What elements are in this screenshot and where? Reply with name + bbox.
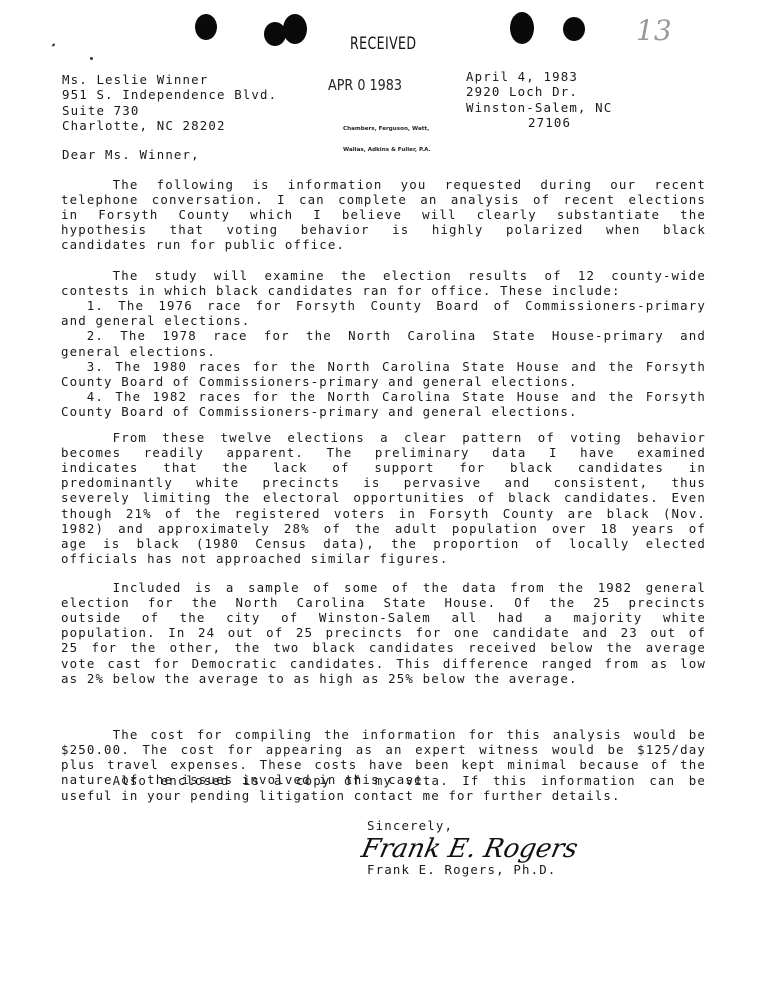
body-line: County Board of Commissioners-primary an… xyxy=(61,374,706,389)
sender-zip: 27106 xyxy=(466,115,612,130)
body-line: as 2% below the average to as high as 25… xyxy=(61,671,706,686)
body-line: candidates run for public office. xyxy=(61,237,706,252)
punch-hole xyxy=(563,17,585,41)
body-line: predominantly white precincts is pervasi… xyxy=(61,475,706,490)
handwritten-signature: Frank E. Rogers xyxy=(359,834,581,864)
received-stamp-firm-line: Wallas, Adkins & Fuller, P.A. xyxy=(343,147,431,154)
body-line: 3. The 1980 races for the North Carolina… xyxy=(61,359,706,374)
body-line: though 21% of the registered voters in F… xyxy=(61,506,706,521)
body-line: Included is a sample of some of the data… xyxy=(61,580,706,595)
body-line: County Board of Commissioners-primary an… xyxy=(61,404,706,419)
body-line: in Forsyth County which I believe will c… xyxy=(61,207,706,222)
body-line: Also enclosed is a copy of my vita. If t… xyxy=(61,773,706,788)
punch-hole xyxy=(283,14,307,44)
body-line: outside of the city of Winston-Salem all… xyxy=(61,610,706,625)
body-line: age is black (1980 Census data), the pro… xyxy=(61,536,706,551)
body-line: election for the North Carolina State Ho… xyxy=(61,595,706,610)
body-line: contests in which black candidates ran f… xyxy=(61,283,706,298)
body-line: 25 for the other, the two black candidat… xyxy=(61,640,706,655)
recipient-street: 951 S. Independence Blvd. xyxy=(62,87,277,102)
body-line: telephone conversation. I can complete a… xyxy=(61,192,706,207)
received-stamp-firm-line: Chambers, Ferguson, Watt, xyxy=(343,126,431,133)
recipient-address: Ms. Leslie Winner 951 S. Independence Bl… xyxy=(62,72,277,134)
sender-street: 2920 Loch Dr. xyxy=(466,84,612,99)
stray-mark xyxy=(52,43,56,46)
body-line: useful in your pending litigation contac… xyxy=(61,788,706,803)
signer-name: Frank E. Rogers, Ph.D. xyxy=(367,862,556,877)
body-line: severely limiting the electoral opportun… xyxy=(61,490,706,505)
received-stamp-firm: Chambers, Ferguson, Watt, Wallas, Adkins… xyxy=(343,112,431,161)
closing: Sincerely, xyxy=(367,818,453,833)
body-line: hypothesis that voting behavior is highl… xyxy=(61,222,706,237)
letter-date: April 4, 1983 xyxy=(466,69,612,84)
salutation: Dear Ms. Winner, xyxy=(62,147,200,162)
received-stamp-date: APR 0 1983 xyxy=(328,76,402,94)
body-line: The following is information you request… xyxy=(61,177,706,192)
sender-block: April 4, 1983 2920 Loch Dr. Winston-Sale… xyxy=(466,69,612,131)
body-line: 1982) and approximately 28% of the adult… xyxy=(61,521,706,536)
body-line: indicates that the lack of support for b… xyxy=(61,460,706,475)
sender-city: Winston-Salem, NC xyxy=(466,100,612,115)
punch-hole xyxy=(510,12,534,44)
recipient-suite: Suite 730 xyxy=(62,103,277,118)
stray-mark xyxy=(90,57,93,60)
body-line: plus travel expenses. These costs have b… xyxy=(61,757,706,772)
recipient-name: Ms. Leslie Winner xyxy=(62,72,277,87)
received-stamp: RECEIVED xyxy=(350,34,416,54)
body-line: 1. The 1976 race for Forsyth County Boar… xyxy=(61,298,706,313)
punch-hole xyxy=(195,14,217,40)
handwritten-page-mark: 13 xyxy=(636,14,672,47)
body-line: becomes readily apparent. The preliminar… xyxy=(61,445,706,460)
recipient-city: Charlotte, NC 28202 xyxy=(62,118,277,133)
body-line: The cost for compiling the information f… xyxy=(61,727,706,742)
body-line: The study will examine the election resu… xyxy=(61,268,706,283)
body-line: and general elections. xyxy=(61,313,706,328)
body-line: general elections. xyxy=(61,344,706,359)
body-line: population. In 24 out of 25 precincts fo… xyxy=(61,625,706,640)
body-line: officials has not approached similar fig… xyxy=(61,551,706,566)
body-line: From these twelve elections a clear patt… xyxy=(61,430,706,445)
body-line: $250.00. The cost for appearing as an ex… xyxy=(61,742,706,757)
body-line: 4. The 1982 races for the North Carolina… xyxy=(61,389,706,404)
body-line: 2. The 1978 race for the North Carolina … xyxy=(61,328,706,343)
body-line: vote cast for Democratic candidates. Thi… xyxy=(61,656,706,671)
